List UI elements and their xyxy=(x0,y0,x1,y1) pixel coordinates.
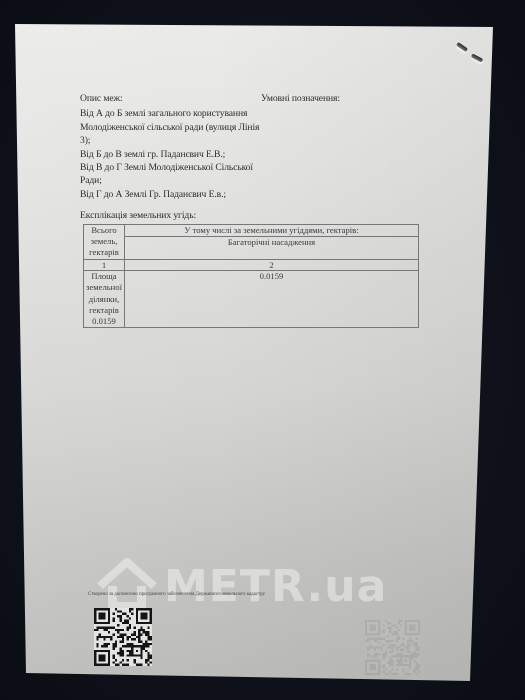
explication-table: Всього земель, гектарів У тому числі за … xyxy=(83,224,419,328)
photo-scene: Опис меж: Від А до Б землі загального ко… xyxy=(0,0,525,700)
header-by-land-type: У тому числі за земельними угіддями, гек… xyxy=(125,225,419,237)
column-number: 2 xyxy=(125,260,419,271)
table-row: Площа земельної ділянки, гектарів 0.0159… xyxy=(84,271,419,328)
border-line: Від Б до В землі гр. Паданєвич Е.В.; xyxy=(80,148,270,161)
borders-description: Опис меж: Від А до Б землі загального ко… xyxy=(80,92,270,201)
column-number: 1 xyxy=(84,260,125,271)
plot-area-cell: Площа земельної ділянки, гектарів 0.0159 xyxy=(84,271,125,328)
bleed-through-qr-code xyxy=(365,620,420,675)
border-line: Від Г до А Землі Гр. Паданєвич Е.в.; xyxy=(80,188,270,201)
table-subheader-row: Багаторічні насадження xyxy=(84,237,419,260)
perennial-area-cell: 0.0159 xyxy=(125,271,419,328)
table-column-number-row: 1 2 xyxy=(84,260,419,271)
explication-title: Експлікація земельних угідь: xyxy=(80,209,196,222)
table-header-row: Всього земель, гектарів У тому числі за … xyxy=(84,225,419,237)
legend-title: Умовні позначення: xyxy=(261,92,340,105)
header-total-land: Всього земель, гектарів xyxy=(84,225,125,260)
border-line: Від А до Б землі загального користування… xyxy=(80,107,270,147)
subheader-perennial-plantings: Багаторічні насадження xyxy=(125,237,419,260)
border-line: Від В до Г Землі Молодіженської Сільсько… xyxy=(80,161,270,188)
footer-note: Створено за допомогою програмного забезп… xyxy=(88,592,265,597)
qr-code[interactable] xyxy=(94,608,152,666)
borders-title: Опис меж: xyxy=(80,92,270,105)
